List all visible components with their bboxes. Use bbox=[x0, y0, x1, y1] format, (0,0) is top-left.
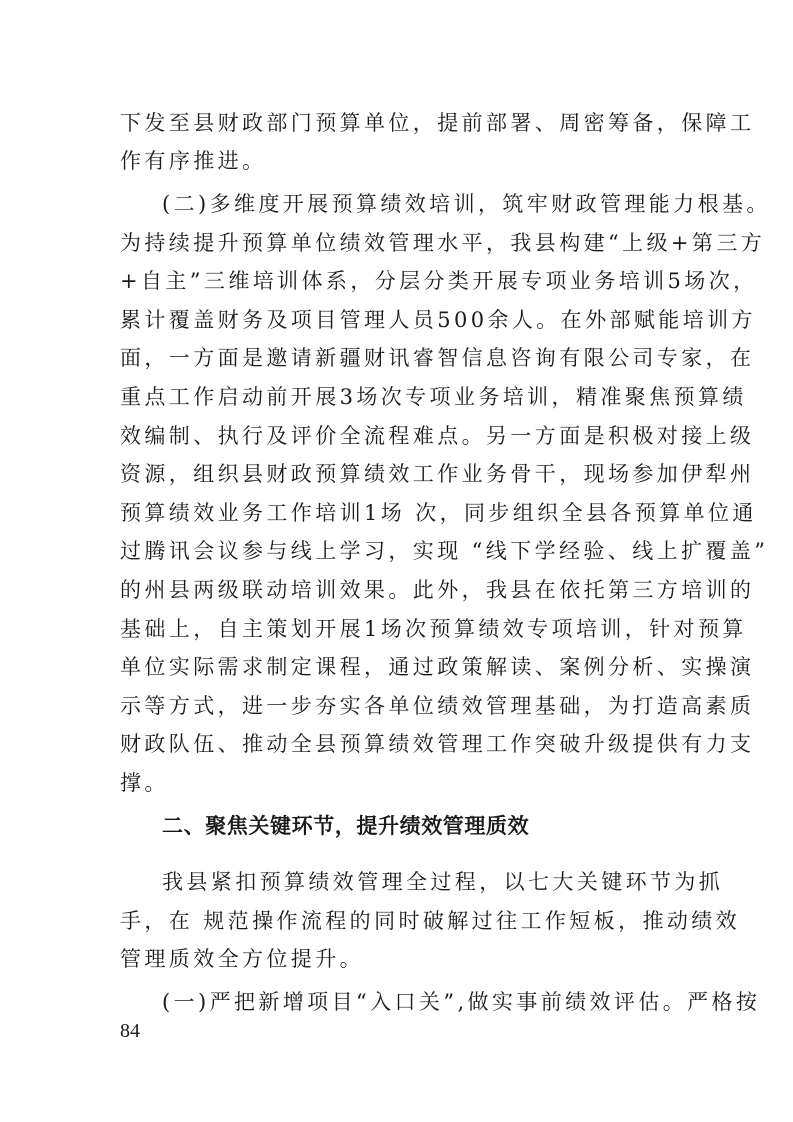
paragraph-line: 下发至县财政部门预算单位，提前部署、周密筹备，保障工 bbox=[120, 110, 672, 136]
document-page: 下发至县财政部门预算单位，提前部署、周密筹备，保障工 作有序推进。 (二)多维度… bbox=[0, 0, 793, 1122]
paragraph-line: 我县紧扣预算绩效管理全过程，以七大关键环节为抓 bbox=[162, 869, 672, 895]
paragraph-line: 单位实际需求制定课程，通过政策解读、案例分析、实操演 bbox=[120, 654, 672, 680]
paragraph-line: 示等方式，进一步夯实各单位绩效管理基础，为打造高素质 bbox=[120, 693, 672, 719]
paragraph-line: 撑。 bbox=[120, 770, 672, 796]
paragraph-line: 基础上，自主策划开展1场次预算绩效专项培训，针对预算 bbox=[120, 616, 672, 642]
paragraph-line: 为持续提升预算单位绩效管理水平，我县构建“上级+第三方 bbox=[120, 230, 672, 256]
paragraph-line: 管理质效全方位提升。 bbox=[120, 946, 672, 972]
paragraph-line: 累计覆盖财务及项目管理人员500余人。在外部赋能培训方 bbox=[120, 307, 672, 333]
subsection-heading-line: (二)多维度开展预算绩效培训，筑牢财政管理能力根基。 bbox=[162, 191, 672, 217]
paragraph-line: 重点工作启动前开展3场次专项业务培训，精准聚焦预算绩 bbox=[120, 384, 672, 410]
page-number: 84 bbox=[120, 1019, 140, 1043]
paragraph-line: +自主”三维培训体系，分层分类开展专项业务培训5场次， bbox=[120, 268, 672, 294]
section-heading: 二、聚焦关键环节，提升绩效管理质效 bbox=[162, 813, 672, 839]
paragraph-line: 财政队伍、推动全县预算绩效管理工作突破升级提供有力支 bbox=[120, 731, 672, 757]
paragraph-line: 面，一方面是邀请新疆财讯睿智信息咨询有限公司专家，在 bbox=[120, 345, 672, 371]
paragraph-line: 预算绩效业务工作培训1场 次，同步组织全县各预算单位通 bbox=[120, 500, 672, 526]
subsection-heading-line: (一)严把新增项目“入口关”,做实事前绩效评估。严格按 bbox=[162, 989, 672, 1015]
paragraph-line: 过腾讯会议参与线上学习，实现 “线下学经验、线上扩覆盖” bbox=[120, 538, 672, 564]
paragraph-line: 资源，组织县财政预算绩效工作业务骨干，现场参加伊犁州 bbox=[120, 461, 672, 487]
paragraph-line: 手，在 规范操作流程的同时破解过往工作短板，推动绩效 bbox=[120, 908, 672, 934]
paragraph-line: 作有序推进。 bbox=[120, 148, 672, 174]
paragraph-line: 效编制、执行及评价全流程难点。另一方面是积极对接上级 bbox=[120, 423, 672, 449]
paragraph-line: 的州县两级联动培训效果。此外，我县在依托第三方培训的 bbox=[120, 577, 672, 603]
